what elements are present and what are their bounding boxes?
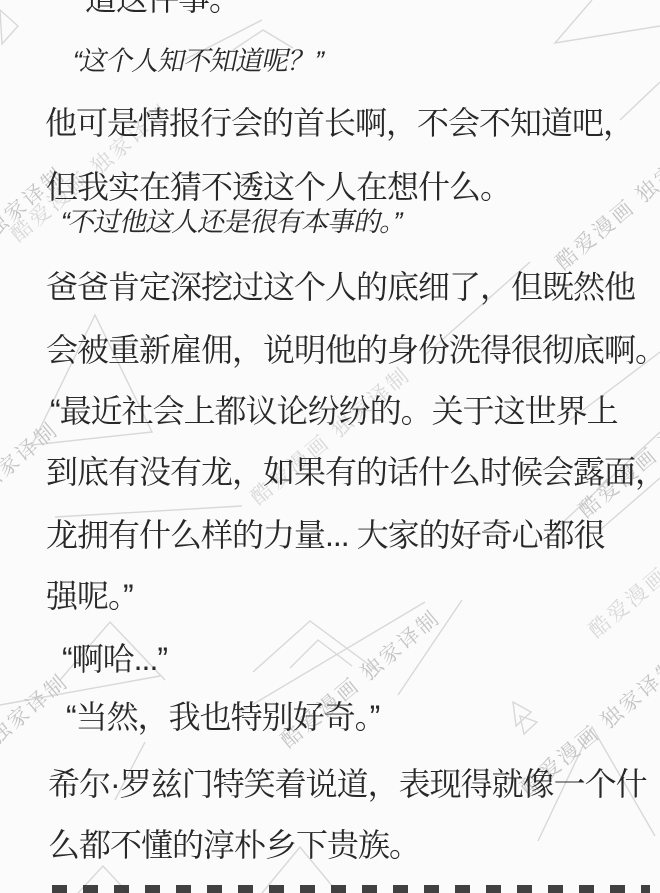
- diagonal-line-watermark: [398, 600, 462, 695]
- triangle-watermark-icon: [253, 621, 376, 672]
- text-line: “当然，我也特别好奇。”: [66, 701, 379, 733]
- watermark-text: 酷爱漫画 独家译制: [581, 492, 660, 644]
- text-line: 龙拥有什么样的力量... 大家的好奇心都很: [46, 519, 605, 551]
- diagonal-line-watermark: [55, 506, 242, 517]
- text-line: 爸爸肯定深挖过这个人的底细了，但既然他: [46, 271, 635, 303]
- watermark-text: 酷爱漫画 独家译制: [548, 124, 660, 276]
- text-line: 他可是情报行会的首长啊，不会不知道吧，: [45, 107, 634, 139]
- text-line-bottom-clipped: [52, 885, 650, 893]
- triangle-watermark-icon: [290, 640, 352, 668]
- text-line: 但我实在猜不透这个人在想什么。: [46, 171, 511, 203]
- text-line-top-clipped: 道这件事。: [85, 0, 240, 15]
- triangle-watermark-icon: [513, 702, 531, 726]
- diagonal-line-watermark: [240, 602, 425, 712]
- triangle-watermark-icon: [0, 10, 18, 44]
- text-line: 强呢。”: [46, 580, 133, 612]
- text-line: 到底有没有龙，如果有的话什么时候会露面，: [46, 456, 660, 488]
- text-line-quote: “不过他这人还是很有本事的。”: [58, 209, 404, 236]
- text-line-quote: “这个人知不知道呢？”: [70, 48, 326, 75]
- text-line: 希尔·罗兹门特笑着说道，表现得就像一个什: [48, 768, 647, 800]
- triangle-watermark-icon: [555, 0, 660, 43]
- text-line: “最近社会上都议论纷纷的。关于这世界上: [50, 395, 618, 427]
- triangle-watermark-icon: [520, 716, 537, 734]
- novel-text-page: 酷爱漫画 独家译制 酷爱漫画 独家译制 酷爱漫画 独家译制 酷爱漫画 独家译制 …: [0, 0, 660, 893]
- text-line: 会被重新雇佣，说明他的身份洗得很彻底啊。: [46, 334, 660, 366]
- text-line: “啊哈...”: [62, 643, 167, 675]
- text-line: 么都不懂的淳朴乡下贵族。: [48, 829, 420, 861]
